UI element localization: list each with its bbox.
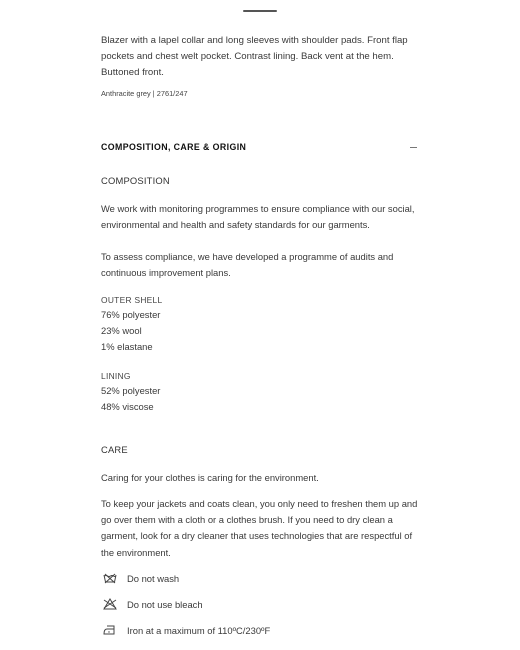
care-paragraph: To keep your jackets and coats clean, yo… [101,496,421,561]
composition-item: 23% wool [101,323,162,339]
care-instruction: Do not use bleach [101,595,203,613]
iron-icon [103,624,117,636]
care-instruction: Iron at a maximum of 110ºC/230ºF [101,621,270,639]
composition-group-lining: LINING 52% polyester 48% viscose [101,371,160,415]
do-not-bleach-icon [103,598,117,610]
section-title: COMPOSITION, CARE & ORIGIN [101,142,246,152]
care-instruction-text: Do not use bleach [127,599,203,610]
drag-handle[interactable] [243,10,277,12]
minus-icon[interactable] [410,147,417,148]
composition-group-outer-shell: OUTER SHELL 76% polyester 23% wool 1% el… [101,295,162,355]
composition-item: 76% polyester [101,307,162,323]
composition-paragraph: To assess compliance, we have developed … [101,249,421,281]
care-instruction: Do not wash [101,569,179,587]
care-heading: CARE [101,444,128,455]
do-not-wash-icon [103,572,117,584]
care-instruction-text: Iron at a maximum of 110ºC/230ºF [127,625,270,636]
composition-paragraph: We work with monitoring programmes to en… [101,201,421,233]
product-description: Blazer with a lapel collar and long slee… [101,33,419,81]
section-header-composition-care-origin[interactable]: COMPOSITION, CARE & ORIGIN [101,139,419,155]
composition-item: 48% viscose [101,399,160,415]
composition-item: 1% elastane [101,339,162,355]
group-label: OUTER SHELL [101,295,162,305]
group-label: LINING [101,371,160,381]
composition-heading: COMPOSITION [101,175,170,186]
care-paragraph: Caring for your clothes is caring for th… [101,470,421,486]
care-instruction-text: Do not wash [127,573,179,584]
composition-item: 52% polyester [101,383,160,399]
color-reference: Anthracite grey | 2761/247 [101,89,188,98]
